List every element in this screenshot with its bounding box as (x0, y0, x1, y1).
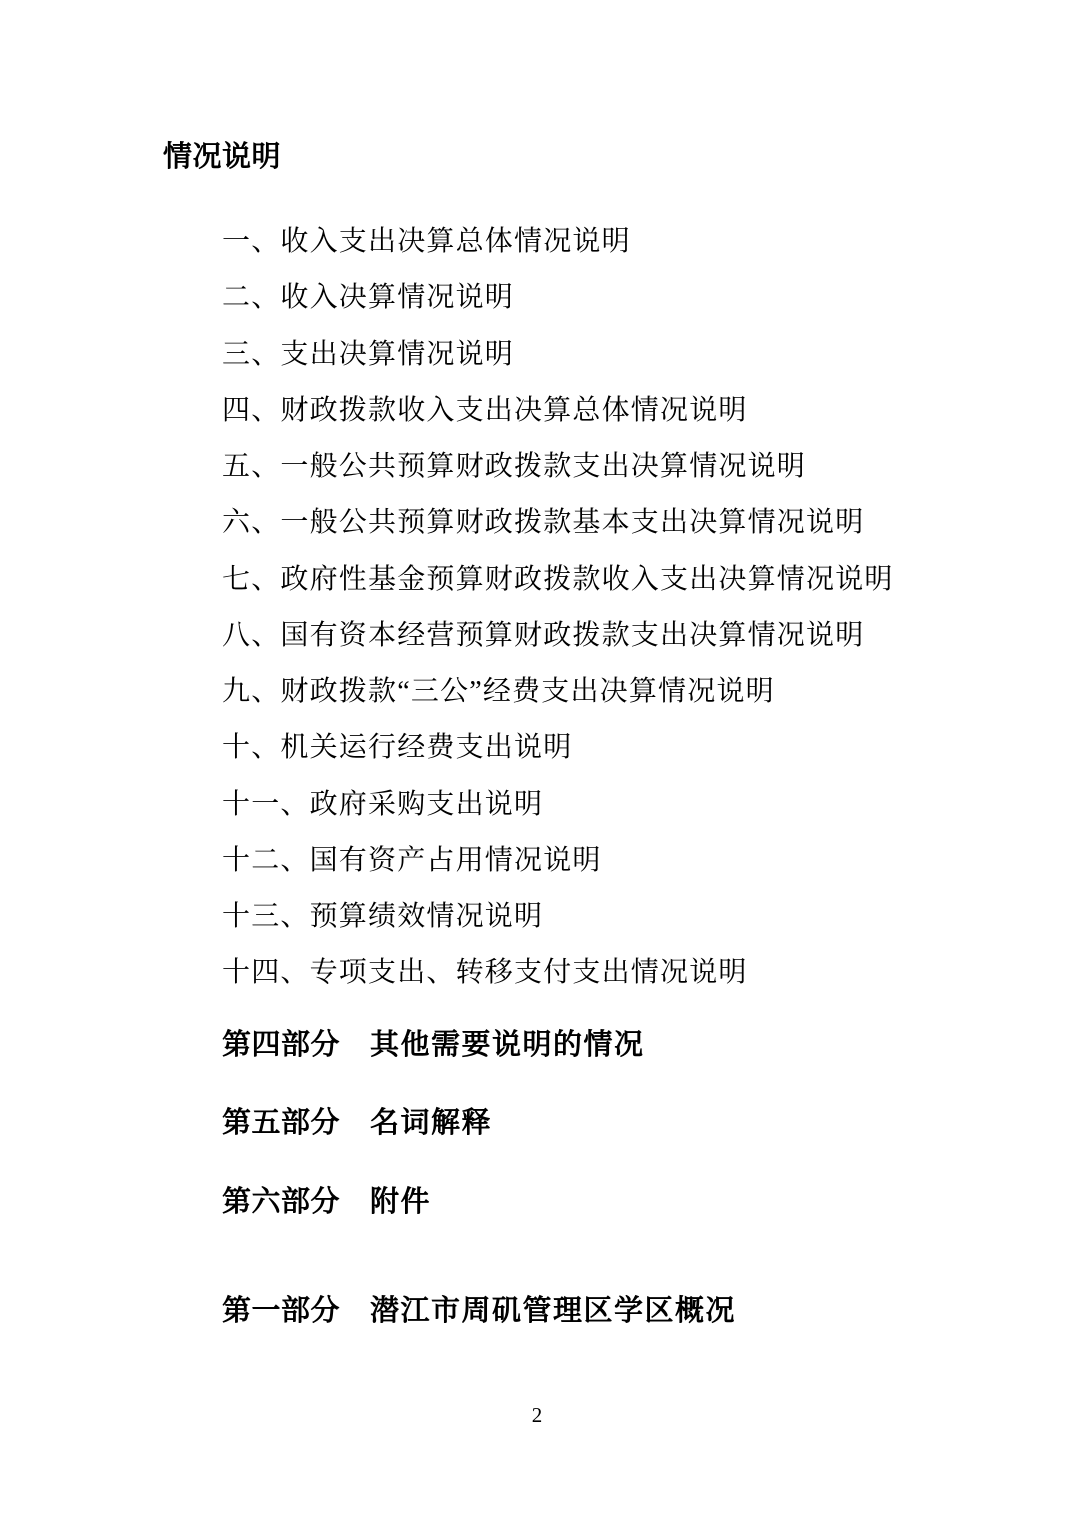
section-label: 第四部分 (222, 1029, 340, 1061)
toc-list: 一、收入支出决算总体情况说明 二、收入决算情况说明 三、支出决算情况说明 四、财… (165, 211, 894, 999)
document-page: 情况说明 一、收入支出决算总体情况说明 二、收入决算情况说明 三、支出决算情况说… (0, 0, 1074, 1520)
toc-item: 十四、专项支出、转移支付支出情况说明 (165, 942, 894, 998)
toc-item: 十一、政府采购支出说明 (165, 774, 894, 830)
toc-item: 五、一般公共预算财政拨款支出决算情况说明 (165, 436, 894, 492)
section-title: 其他需要说明的情况 (370, 1029, 645, 1061)
toc-item: 一、收入支出决算总体情况说明 (165, 211, 894, 267)
section-label: 第六部分 (222, 1186, 340, 1218)
toc-item: 十二、国有资产占用情况说明 (165, 830, 894, 886)
section-heading-part5: 第五部分名词解释 (222, 1106, 492, 1140)
toc-item: 二、收入决算情况说明 (165, 267, 894, 323)
section-heading-part1: 第一部分潜江市周矶管理区学区概况 (222, 1294, 736, 1328)
toc-item: 八、国有资本经营预算财政拨款支出决算情况说明 (165, 605, 894, 661)
page-heading-continuation: 情况说明 (163, 140, 281, 174)
toc-item: 十、机关运行经费支出说明 (165, 717, 894, 773)
section-label: 第五部分 (222, 1107, 340, 1139)
section-title: 潜江市周矶管理区学区概况 (370, 1295, 736, 1327)
toc-item: 六、一般公共预算财政拨款基本支出决算情况说明 (165, 492, 894, 548)
page-number: 2 (0, 1402, 1074, 1428)
toc-item: 十三、预算绩效情况说明 (165, 886, 894, 942)
section-title: 附件 (370, 1186, 431, 1218)
section-title: 名词解释 (370, 1107, 492, 1139)
toc-item: 七、政府性基金预算财政拨款收入支出决算情况说明 (165, 549, 894, 605)
section-heading-part4: 第四部分其他需要说明的情况 (222, 1028, 645, 1062)
toc-item: 三、支出决算情况说明 (165, 324, 894, 380)
toc-item: 九、财政拨款“三公”经费支出决算情况说明 (165, 661, 894, 717)
section-heading-part6: 第六部分附件 (222, 1185, 431, 1219)
section-label: 第一部分 (222, 1295, 340, 1327)
toc-item: 四、财政拨款收入支出决算总体情况说明 (165, 380, 894, 436)
